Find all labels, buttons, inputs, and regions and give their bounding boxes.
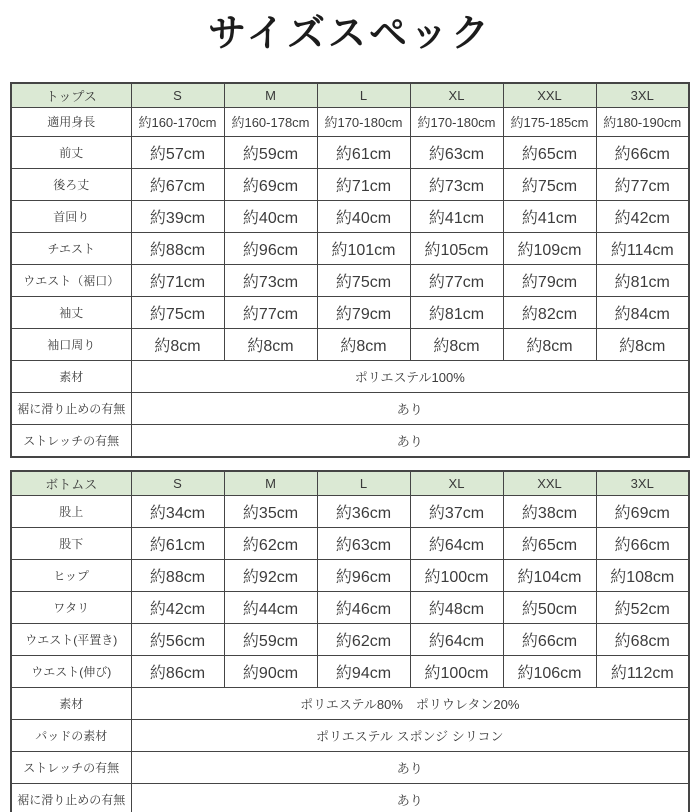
row-label: パッドの素材 (11, 719, 131, 751)
size-value: 約41cm (503, 200, 596, 232)
size-value: 約41cm (410, 200, 503, 232)
tops-table-title-cell: トップス (11, 83, 131, 108)
full-width-value: ポリエステル100% (131, 360, 689, 392)
size-value: 約75cm (317, 264, 410, 296)
size-value: 約82cm (503, 296, 596, 328)
row-label: 後ろ丈 (11, 168, 131, 200)
row-label: ウエスト（裾口） (11, 264, 131, 296)
size-value: 約79cm (317, 296, 410, 328)
table-row: 首回り 約39cm 約40cm 約40cm 約41cm 約41cm 約42cm (11, 200, 689, 232)
size-value: 約64cm (410, 623, 503, 655)
table-row: 後ろ丈 約67cm 約69cm 約71cm 約73cm 約75cm 約77cm (11, 168, 689, 200)
table-row: ヒップ 約88cm 約92cm 約96cm 約100cm 約104cm 約108… (11, 559, 689, 591)
size-value: 約52cm (596, 591, 689, 623)
size-value: 約77cm (596, 168, 689, 200)
table-row: ストレッチの有無 あり (11, 751, 689, 783)
size-value: 約69cm (596, 495, 689, 527)
size-value: 約44cm (224, 591, 317, 623)
row-label: ウエスト(平置き) (11, 623, 131, 655)
size-value: 約40cm (317, 200, 410, 232)
size-col-header-l: L (317, 83, 410, 108)
size-value: 約61cm (317, 136, 410, 168)
size-value: 約105cm (410, 232, 503, 264)
row-label: 袖丈 (11, 296, 131, 328)
size-col-header-m: M (224, 83, 317, 108)
row-label: 適用身長 (11, 107, 131, 136)
size-value: 約63cm (317, 527, 410, 559)
size-value: 約160-178cm (224, 107, 317, 136)
row-label: 首回り (11, 200, 131, 232)
tops-table: トップス S M L XL XXL 3XL 適用身長 約160-170cm 約1… (10, 82, 690, 458)
size-value: 約8cm (131, 328, 224, 360)
table-row: チエスト 約88cm 約96cm 約101cm 約105cm 約109cm 約1… (11, 232, 689, 264)
size-value: 約64cm (410, 527, 503, 559)
page-title: サイズスペック (0, 12, 700, 58)
row-label: ヒップ (11, 559, 131, 591)
table-row: ストレッチの有無 あり (11, 424, 689, 457)
size-value: 約8cm (224, 328, 317, 360)
size-value: 約88cm (131, 559, 224, 591)
row-label: 股下 (11, 527, 131, 559)
size-value: 約59cm (224, 136, 317, 168)
size-value: 約100cm (410, 559, 503, 591)
size-value: 約77cm (410, 264, 503, 296)
row-label: チエスト (11, 232, 131, 264)
size-col-header-s: S (131, 471, 224, 496)
size-value: 約101cm (317, 232, 410, 264)
row-label: 股上 (11, 495, 131, 527)
size-value: 約66cm (596, 136, 689, 168)
row-label: 裾に滑り止めの有無 (11, 392, 131, 424)
size-value: 約68cm (596, 623, 689, 655)
size-value: 約86cm (131, 655, 224, 687)
size-col-header-xxl: XXL (503, 471, 596, 496)
size-value: 約37cm (410, 495, 503, 527)
table-row: 袖丈 約75cm 約77cm 約79cm 約81cm 約82cm 約84cm (11, 296, 689, 328)
size-value: 約180-190cm (596, 107, 689, 136)
size-value: 約114cm (596, 232, 689, 264)
row-label: ウエスト(伸び) (11, 655, 131, 687)
size-value: 約59cm (224, 623, 317, 655)
table-row: 袖口周り 約8cm 約8cm 約8cm 約8cm 約8cm 約8cm (11, 328, 689, 360)
size-value: 約34cm (131, 495, 224, 527)
full-width-value: ポリエステル スポンジ シリコン (131, 719, 689, 751)
size-value: 約160-170cm (131, 107, 224, 136)
full-width-value: ポリエステル80% ポリウレタン20% (131, 687, 689, 719)
size-col-header-3xl: 3XL (596, 471, 689, 496)
size-value: 約77cm (224, 296, 317, 328)
size-value: 約75cm (503, 168, 596, 200)
size-value: 約106cm (503, 655, 596, 687)
size-value: 約94cm (317, 655, 410, 687)
size-value: 約66cm (596, 527, 689, 559)
size-value: 約65cm (503, 527, 596, 559)
size-value: 約88cm (131, 232, 224, 264)
size-value: 約48cm (410, 591, 503, 623)
table-row: ウエスト(伸び) 約86cm 約90cm 約94cm 約100cm 約106cm… (11, 655, 689, 687)
full-width-value: あり (131, 392, 689, 424)
row-label: 袖口周り (11, 328, 131, 360)
size-value: 約8cm (410, 328, 503, 360)
row-label: ストレッチの有無 (11, 424, 131, 457)
size-value: 約90cm (224, 655, 317, 687)
size-value: 約73cm (410, 168, 503, 200)
size-value: 約63cm (410, 136, 503, 168)
size-col-header-3xl: 3XL (596, 83, 689, 108)
size-value: 約62cm (224, 527, 317, 559)
size-value: 約69cm (224, 168, 317, 200)
size-value: 約36cm (317, 495, 410, 527)
size-value: 約109cm (503, 232, 596, 264)
size-value: 約71cm (131, 264, 224, 296)
row-label: ストレッチの有無 (11, 751, 131, 783)
size-col-header-xl: XL (410, 83, 503, 108)
bottoms-table-title-cell: ボトムス (11, 471, 131, 496)
size-value: 約170-180cm (410, 107, 503, 136)
size-value: 約40cm (224, 200, 317, 232)
size-value: 約104cm (503, 559, 596, 591)
size-value: 約8cm (503, 328, 596, 360)
size-value: 約96cm (224, 232, 317, 264)
size-value: 約170-180cm (317, 107, 410, 136)
size-value: 約96cm (317, 559, 410, 591)
size-value: 約92cm (224, 559, 317, 591)
size-col-header-l: L (317, 471, 410, 496)
tops-header-row: トップス S M L XL XXL 3XL (11, 83, 689, 108)
full-width-value: あり (131, 783, 689, 812)
size-value: 約66cm (503, 623, 596, 655)
bottoms-section: ボトムス S M L XL XXL 3XL 股上 約34cm 約35cm 約36… (0, 470, 700, 812)
table-row: ウエスト（裾口） 約71cm 約73cm 約75cm 約77cm 約79cm 約… (11, 264, 689, 296)
size-value: 約81cm (410, 296, 503, 328)
size-value: 約57cm (131, 136, 224, 168)
size-col-header-m: M (224, 471, 317, 496)
table-row: 前丈 約57cm 約59cm 約61cm 約63cm 約65cm 約66cm (11, 136, 689, 168)
size-value: 約56cm (131, 623, 224, 655)
size-value: 約73cm (224, 264, 317, 296)
row-label: 裾に滑り止めの有無 (11, 783, 131, 812)
size-value: 約100cm (410, 655, 503, 687)
size-value: 約65cm (503, 136, 596, 168)
size-value: 約35cm (224, 495, 317, 527)
table-row: 適用身長 約160-170cm 約160-178cm 約170-180cm 約1… (11, 107, 689, 136)
size-value: 約67cm (131, 168, 224, 200)
table-row: ウエスト(平置き) 約56cm 約59cm 約62cm 約64cm 約66cm … (11, 623, 689, 655)
size-value: 約79cm (503, 264, 596, 296)
table-row: パッドの素材 ポリエステル スポンジ シリコン (11, 719, 689, 751)
table-row: 股上 約34cm 約35cm 約36cm 約37cm 約38cm 約69cm (11, 495, 689, 527)
row-label: 素材 (11, 360, 131, 392)
table-row: ワタリ 約42cm 約44cm 約46cm 約48cm 約50cm 約52cm (11, 591, 689, 623)
size-value: 約8cm (317, 328, 410, 360)
size-value: 約50cm (503, 591, 596, 623)
size-value: 約108cm (596, 559, 689, 591)
table-row: 裾に滑り止めの有無 あり (11, 392, 689, 424)
size-value: 約8cm (596, 328, 689, 360)
full-width-value: あり (131, 751, 689, 783)
size-value: 約46cm (317, 591, 410, 623)
size-value: 約81cm (596, 264, 689, 296)
size-col-header-xxl: XXL (503, 83, 596, 108)
bottoms-header-row: ボトムス S M L XL XXL 3XL (11, 471, 689, 496)
size-value: 約62cm (317, 623, 410, 655)
size-col-header-xl: XL (410, 471, 503, 496)
table-row: 素材 ポリエステル100% (11, 360, 689, 392)
full-width-value: あり (131, 424, 689, 457)
row-label: ワタリ (11, 591, 131, 623)
row-label: 素材 (11, 687, 131, 719)
size-value: 約42cm (131, 591, 224, 623)
size-value: 約75cm (131, 296, 224, 328)
size-col-header-s: S (131, 83, 224, 108)
size-value: 約175-185cm (503, 107, 596, 136)
row-label: 前丈 (11, 136, 131, 168)
size-value: 約71cm (317, 168, 410, 200)
size-value: 約39cm (131, 200, 224, 232)
table-row: 裾に滑り止めの有無 あり (11, 783, 689, 812)
size-value: 約112cm (596, 655, 689, 687)
size-value: 約42cm (596, 200, 689, 232)
size-value: 約61cm (131, 527, 224, 559)
tops-section: トップス S M L XL XXL 3XL 適用身長 約160-170cm 約1… (0, 82, 700, 458)
bottoms-table: ボトムス S M L XL XXL 3XL 股上 約34cm 約35cm 約36… (10, 470, 690, 812)
table-row: 素材 ポリエステル80% ポリウレタン20% (11, 687, 689, 719)
size-value: 約84cm (596, 296, 689, 328)
table-row: 股下 約61cm 約62cm 約63cm 約64cm 約65cm 約66cm (11, 527, 689, 559)
size-value: 約38cm (503, 495, 596, 527)
